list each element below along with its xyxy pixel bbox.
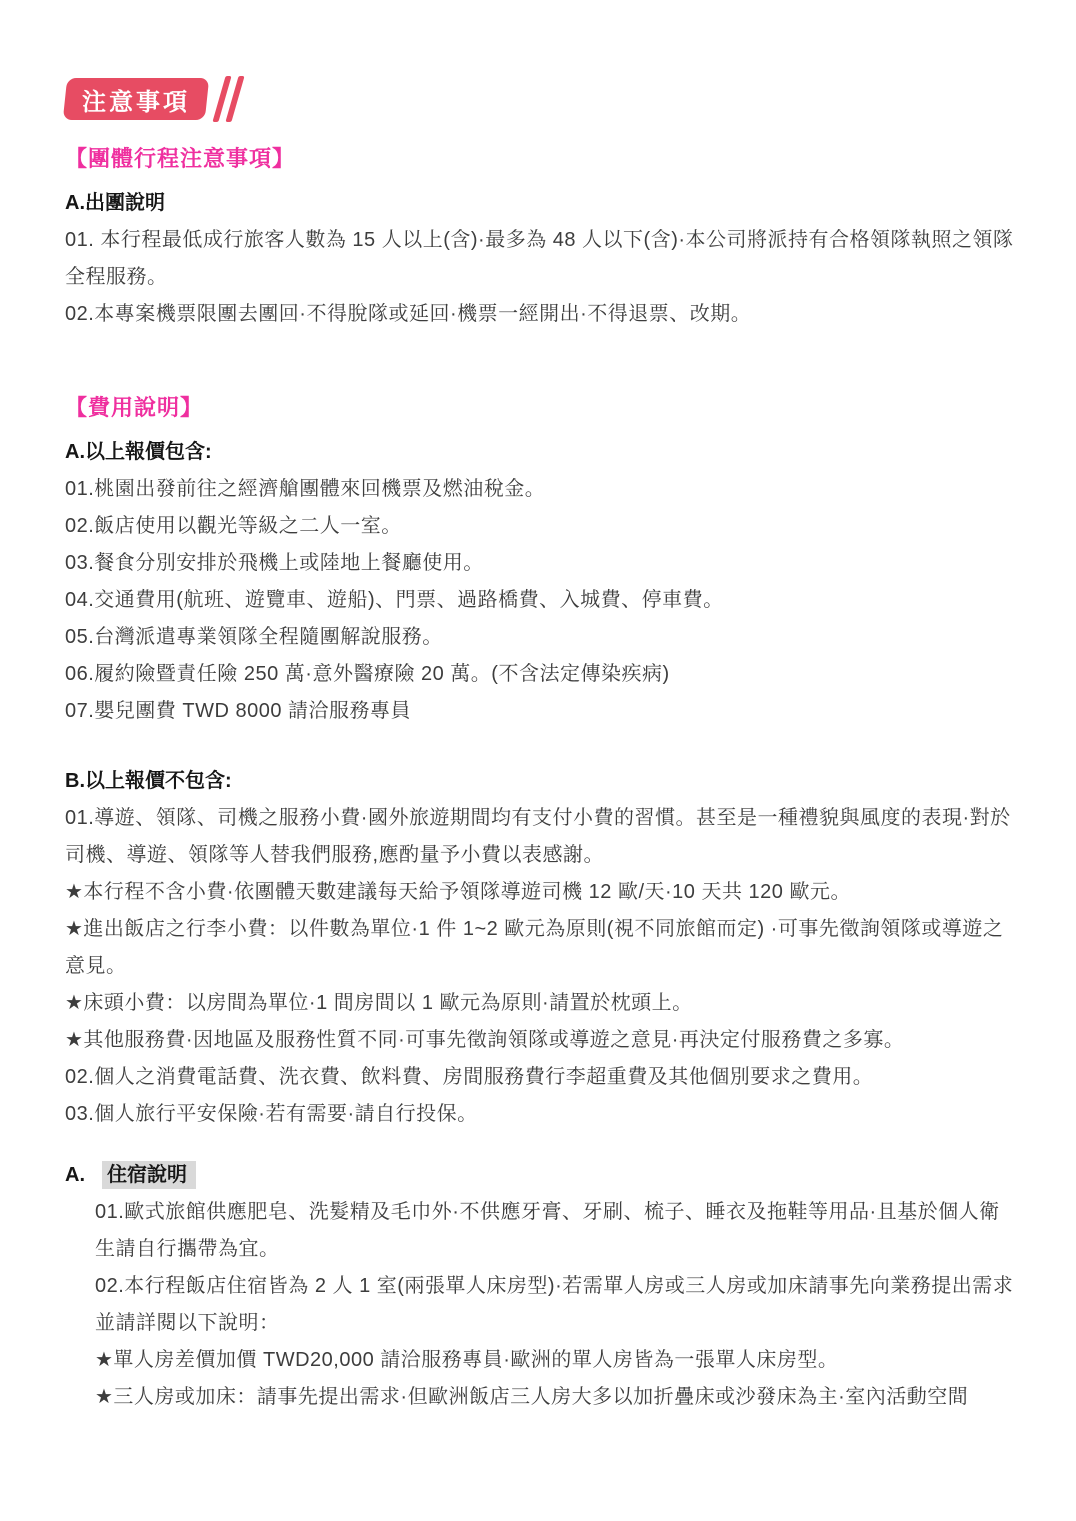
paragraph: ★床頭小費：以房間為單位·1 間房間以 1 歐元為原則·請置於枕頭上。 <box>65 985 1014 1022</box>
subheading: A.出團說明 <box>65 185 1014 222</box>
paragraph: ★單人房差價加價 TWD20,000 請洽服務專員·歐洲的單人房皆為一張單人床房… <box>65 1342 1014 1379</box>
document-body: 【團體行程注意事項】A.出團說明01. 本行程最低成行旅客人數為 15 人以上(… <box>65 142 1014 1416</box>
section: B.以上報價不包含:01.導遊、領隊、司機之服務小費·國外旅遊期間均有支付小費的… <box>65 763 1014 1133</box>
subheading-highlighted: A.住宿說明 <box>65 1157 1014 1194</box>
paragraph: 01.導遊、領隊、司機之服務小費·國外旅遊期間均有支付小費的習慣。甚至是一種禮貌… <box>65 800 1014 874</box>
subheading: B.以上報價不包含: <box>65 763 1014 800</box>
notice-badge-label: 注意事項 <box>82 82 190 117</box>
double-slash-icon <box>219 76 238 122</box>
paragraph: 04.交通費用(航班、遊覽車、遊船)、門票、過路橋費、入城費、停車費。 <box>65 582 1014 619</box>
paragraph: ★進出飯店之行李小費：以件數為單位·1 件 1~2 歐元為原則(視不同旅館而定)… <box>65 911 1014 985</box>
paragraph: 02.本專案機票限團去團回·不得脫隊或延回·機票一經開出·不得退票、改期。 <box>65 296 1014 333</box>
subheading-prefix: A. <box>65 1164 85 1186</box>
subheading: A.以上報價包含: <box>65 434 1014 471</box>
paragraph: 01. 本行程最低成行旅客人數為 15 人以上(含)·最多為 48 人以下(含)… <box>65 222 1014 296</box>
paragraph: 06.履約險暨責任險 250 萬·意外醫療險 20 萬。(不含法定傳染疾病) <box>65 656 1014 693</box>
paragraph: 05.台灣派遣專業領隊全程隨團解說服務。 <box>65 619 1014 656</box>
section: 【費用說明】A.以上報價包含:01.桃園出發前往之經濟艙團體來回機票及燃油稅金。… <box>65 391 1014 730</box>
paragraph: ★其他服務費·因地區及服務性質不同·可事先徵詢領隊或導遊之意見·再決定付服務費之… <box>65 1022 1014 1059</box>
notice-badge: 注意事項 <box>63 78 209 120</box>
paragraph: 02.個人之消費電話費、洗衣費、飲料費、房間服務費行李超重費及其他個別要求之費用… <box>65 1059 1014 1096</box>
paragraph: 02.飯店使用以觀光等級之二人一室。 <box>65 508 1014 545</box>
paragraph: 01.歐式旅館供應肥皂、洗髮精及毛巾外·不供應牙膏、牙刷、梳子、睡衣及拖鞋等用品… <box>65 1194 1014 1268</box>
section: 【團體行程注意事項】A.出團說明01. 本行程最低成行旅客人數為 15 人以上(… <box>65 142 1014 333</box>
paragraph: ★本行程不含小費·依團體天數建議每天給予領隊導遊司機 12 歐/天·10 天共 … <box>65 874 1014 911</box>
paragraph: 07.嬰兒團費 TWD 8000 請洽服務專員 <box>65 693 1014 730</box>
subheading-text: 住宿說明 <box>102 1161 196 1189</box>
section-heading: 【團體行程注意事項】 <box>65 142 1014 176</box>
paragraph: 03.個人旅行平安保險·若有需要·請自行投保。 <box>65 1096 1014 1133</box>
section: A.住宿說明01.歐式旅館供應肥皂、洗髮精及毛巾外·不供應牙膏、牙刷、梳子、睡衣… <box>65 1157 1014 1416</box>
section-heading: 【費用說明】 <box>65 391 1014 425</box>
paragraph: 02.本行程飯店住宿皆為 2 人 1 室(兩張單人床房型)·若需單人房或三人房或… <box>65 1268 1014 1342</box>
paragraph: ★三人房或加床：請事先提出需求·但歐洲飯店三人房大多以加折疊床或沙發床為主·室內… <box>65 1379 1014 1416</box>
paragraph: 03.餐食分別安排於飛機上或陸地上餐廳使用。 <box>65 545 1014 582</box>
document-page: 注意事項 【團體行程注意事項】A.出團說明01. 本行程最低成行旅客人數為 15… <box>0 0 1076 1521</box>
page-header: 注意事項 <box>65 78 1014 120</box>
paragraph: 01.桃園出發前往之經濟艙團體來回機票及燃油稅金。 <box>65 471 1014 508</box>
